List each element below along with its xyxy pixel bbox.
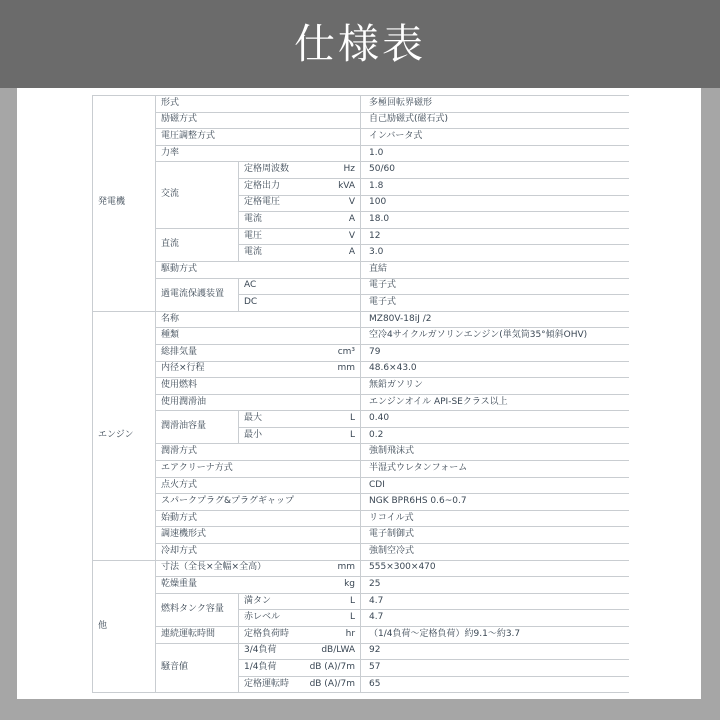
table-row: 点火方式CDI [93,477,629,494]
row-sublabel-text: AC [244,280,256,290]
row-label: エアクリーナ方式 [156,461,361,478]
row-value: 57 [361,660,629,677]
table-row: 他mm寸法（全長×全幅×全高）555×300×470 [93,560,629,577]
row-value: 18.0 [361,212,629,229]
row-sublabel-text: 最小 [244,430,262,440]
table-row: 力率1.0 [93,145,629,162]
row-label-text: 乾燥重量 [161,579,197,589]
row-label: 駆動方式 [156,261,361,278]
table-row: 騒音値dB/LWA3/4負荷92 [93,643,629,660]
row-sublabel: dB (A)/7m1/4負荷 [239,660,361,677]
row-label-text: 種類 [161,330,179,340]
table-row: 使用燃料無鉛ガソリン [93,378,629,395]
row-sublabel-text: 電流 [244,247,262,257]
row-unit: L [346,431,355,441]
row-value: 電子式 [361,278,629,295]
row-sublabel-text: 電圧 [244,231,262,241]
row-sublabel-text: 定格運転時 [244,679,289,689]
row-unit: kVA [334,182,355,192]
row-label: 力率 [156,145,361,162]
row-sublabel-text: 最大 [244,413,262,423]
row-unit: mm [333,563,355,573]
row-value: 1.0 [361,145,629,162]
table-row: 潤滑油容量L最大0.40 [93,411,629,428]
section-label: 発電機 [93,96,156,312]
table-row: 交流Hz定格周波数50/60 [93,162,629,179]
spec-table-body: 発電機形式多極回転界磁形励磁方式自己励磁式(磁石式)電圧調整方式インバータ式力率… [93,96,629,693]
row-value: CDI [361,477,629,494]
row-unit: dB (A)/7m [306,663,355,673]
page-title: 仕様表 [294,24,426,65]
row-sublabel: dB (A)/7m定格運転時 [239,676,361,693]
row-unit: hr [342,630,355,640]
row-value: 半湿式ウレタンフォーム [361,461,629,478]
table-row: 始動方式リコイル式 [93,510,629,527]
table-row: 直流V電圧12 [93,228,629,245]
row-label-text: 冷却方式 [161,546,197,556]
content-card: 発電機形式多極回転界磁形励磁方式自己励磁式(磁石式)電圧調整方式インバータ式力率… [17,88,701,699]
row-value: 100 [361,195,629,212]
row-value: 92 [361,643,629,660]
table-row: cm³総排気量79 [93,344,629,361]
row-unit: dB/LWA [317,646,355,656]
table-row: kg乾燥重量25 [93,577,629,594]
row-sublabel-text: 定格出力 [244,181,280,191]
row-value: 強制空冷式 [361,544,629,561]
row-value: 空冷4サイクルガソリンエンジン(単気筒35°傾斜OHV) [361,328,629,345]
table-row: 燃料タンク容量L満タン4.7 [93,593,629,610]
row-label-text: 励磁方式 [161,114,197,124]
row-label: 始動方式 [156,510,361,527]
row-label-text: 総排気量 [161,347,197,357]
row-unit: cm³ [334,348,355,358]
table-row: エアクリーナ方式半湿式ウレタンフォーム [93,461,629,478]
row-sublabel: V定格電圧 [239,195,361,212]
row-value: 48.6×43.0 [361,361,629,378]
row-sublabel-text: DC [244,297,257,307]
table-row: 発電機形式多極回転界磁形 [93,96,629,113]
table-row: mm内径×行程48.6×43.0 [93,361,629,378]
row-unit: dB (A)/7m [306,680,355,690]
row-unit: L [346,414,355,424]
row-group-label: 連続運転時間 [156,627,239,644]
row-label-text: 始動方式 [161,513,197,523]
table-row: 種類空冷4サイクルガソリンエンジン(単気筒35°傾斜OHV) [93,328,629,345]
table-row: 潤滑方式強制飛沫式 [93,444,629,461]
row-label: 電圧調整方式 [156,129,361,146]
table-row: 電圧調整方式インバータ式 [93,129,629,146]
row-group-label: 過電流保護装置 [156,278,239,311]
row-group-label: 潤滑油容量 [156,411,239,444]
row-value: 多極回転界磁形 [361,96,629,113]
row-value: 25 [361,577,629,594]
row-label: cm³総排気量 [156,344,361,361]
row-sublabel-text: 定格電圧 [244,197,280,207]
row-sublabel: L赤レベル [239,610,361,627]
row-sublabel: kVA定格出力 [239,178,361,195]
row-sublabel-text: 1/4負荷 [244,662,277,672]
row-label-text: 寸法（全長×全幅×全高） [161,562,266,572]
row-value: 無鉛ガソリン [361,378,629,395]
row-sublabel: V電圧 [239,228,361,245]
row-label: 点火方式 [156,477,361,494]
table-row: 調速機形式電子制御式 [93,527,629,544]
row-sublabel-text: 定格周波数 [244,164,289,174]
row-value: 直結 [361,261,629,278]
row-sublabel-text: 赤レベル [244,612,280,622]
row-unit: kg [340,580,355,590]
row-label-text: 調速機形式 [161,529,206,539]
row-label: mm内径×行程 [156,361,361,378]
table-row: スパークプラグ&プラグギャップNGK BPR6HS 0.6~0.7 [93,494,629,511]
table-row: 使用潤滑油エンジンオイル API-SEクラス以上 [93,394,629,411]
row-group-label: 交流 [156,162,239,228]
row-sublabel: AC [239,278,361,295]
row-value: 強制飛沫式 [361,444,629,461]
section-label: エンジン [93,311,156,560]
row-group-label: 直流 [156,228,239,261]
row-value: MZ80V-18iJ /2 [361,311,629,328]
row-group-label: 騒音値 [156,643,239,693]
row-label-text: 潤滑方式 [161,446,197,456]
row-sublabel-text: 満タン [244,596,271,606]
row-sublabel-text: 電流 [244,214,262,224]
row-value: リコイル式 [361,510,629,527]
row-unit: A [345,215,355,225]
row-group-label: 燃料タンク容量 [156,593,239,626]
page: 仕様表 発電機形式多極回転界磁形励磁方式自己励磁式(磁石式)電圧調整方式インバー… [0,0,720,720]
row-sublabel-text: 定格負荷時 [244,629,289,639]
table-row: 駆動方式直結 [93,261,629,278]
table-row: 励磁方式自己励磁式(磁石式) [93,112,629,129]
table-row: エンジン名称MZ80V-18iJ /2 [93,311,629,328]
row-unit: L [346,613,355,623]
row-value: 3.0 [361,245,629,262]
row-label-text: 内径×行程 [161,363,205,373]
row-value: 50/60 [361,162,629,179]
section-label: 他 [93,560,156,693]
row-value: NGK BPR6HS 0.6~0.7 [361,494,629,511]
row-sublabel-text: 3/4負荷 [244,645,277,655]
row-sublabel: dB/LWA3/4負荷 [239,643,361,660]
row-unit: mm [333,364,355,374]
row-label: 種類 [156,328,361,345]
row-label: kg乾燥重量 [156,577,361,594]
row-value: 65 [361,676,629,693]
row-value: 自己励磁式(磁石式) [361,112,629,129]
row-value: 0.2 [361,427,629,444]
row-sublabel: L最小 [239,427,361,444]
row-value: 4.7 [361,593,629,610]
row-label-text: 力率 [161,148,179,158]
row-unit: Hz [340,165,356,175]
row-value: インバータ式 [361,129,629,146]
row-sublabel: DC [239,295,361,312]
table-row: 過電流保護装置AC電子式 [93,278,629,295]
row-unit: L [346,597,355,607]
row-unit: A [345,248,355,258]
row-sublabel: L最大 [239,411,361,428]
row-label-text: スパークプラグ&プラグギャップ [161,496,294,506]
spec-table: 発電機形式多極回転界磁形励磁方式自己励磁式(磁石式)電圧調整方式インバータ式力率… [92,95,629,693]
row-label: 調速機形式 [156,527,361,544]
row-label-text: エアクリーナ方式 [161,463,233,473]
row-value: 12 [361,228,629,245]
row-label: 潤滑方式 [156,444,361,461]
row-value: 4.7 [361,610,629,627]
row-label-text: 使用潤滑油 [161,397,206,407]
row-sublabel: hr定格負荷時 [239,627,361,644]
row-value: 0.40 [361,411,629,428]
row-value: 555×300×470 [361,560,629,577]
row-value: 79 [361,344,629,361]
row-label-text: 電圧調整方式 [161,131,215,141]
row-label: 冷却方式 [156,544,361,561]
row-label-text: 形式 [161,98,179,108]
row-label: スパークプラグ&プラグギャップ [156,494,361,511]
row-unit: V [345,232,355,242]
row-label: 使用燃料 [156,378,361,395]
row-value: エンジンオイル API-SEクラス以上 [361,394,629,411]
header-bar: 仕様表 [0,0,720,88]
row-sublabel: Hz定格周波数 [239,162,361,179]
row-label: 励磁方式 [156,112,361,129]
row-sublabel: L満タン [239,593,361,610]
row-sublabel: A電流 [239,245,361,262]
row-value: 1.8 [361,178,629,195]
row-unit: V [345,198,355,208]
row-label: mm寸法（全長×全幅×全高） [156,560,361,577]
table-row: 連続運転時間hr定格負荷時（1/4負荷～定格負荷）約9.1～約3.7 [93,627,629,644]
row-label-text: 使用燃料 [161,380,197,390]
row-label-text: 名称 [161,314,179,324]
row-label: 形式 [156,96,361,113]
row-value: （1/4負荷～定格負荷）約9.1～約3.7 [361,627,629,644]
row-sublabel: A電流 [239,212,361,229]
table-row: 冷却方式強制空冷式 [93,544,629,561]
row-label: 使用潤滑油 [156,394,361,411]
row-label: 名称 [156,311,361,328]
row-value: 電子式 [361,295,629,312]
row-label-text: 駆動方式 [161,264,197,274]
row-label-text: 点火方式 [161,480,197,490]
row-value: 電子制御式 [361,527,629,544]
